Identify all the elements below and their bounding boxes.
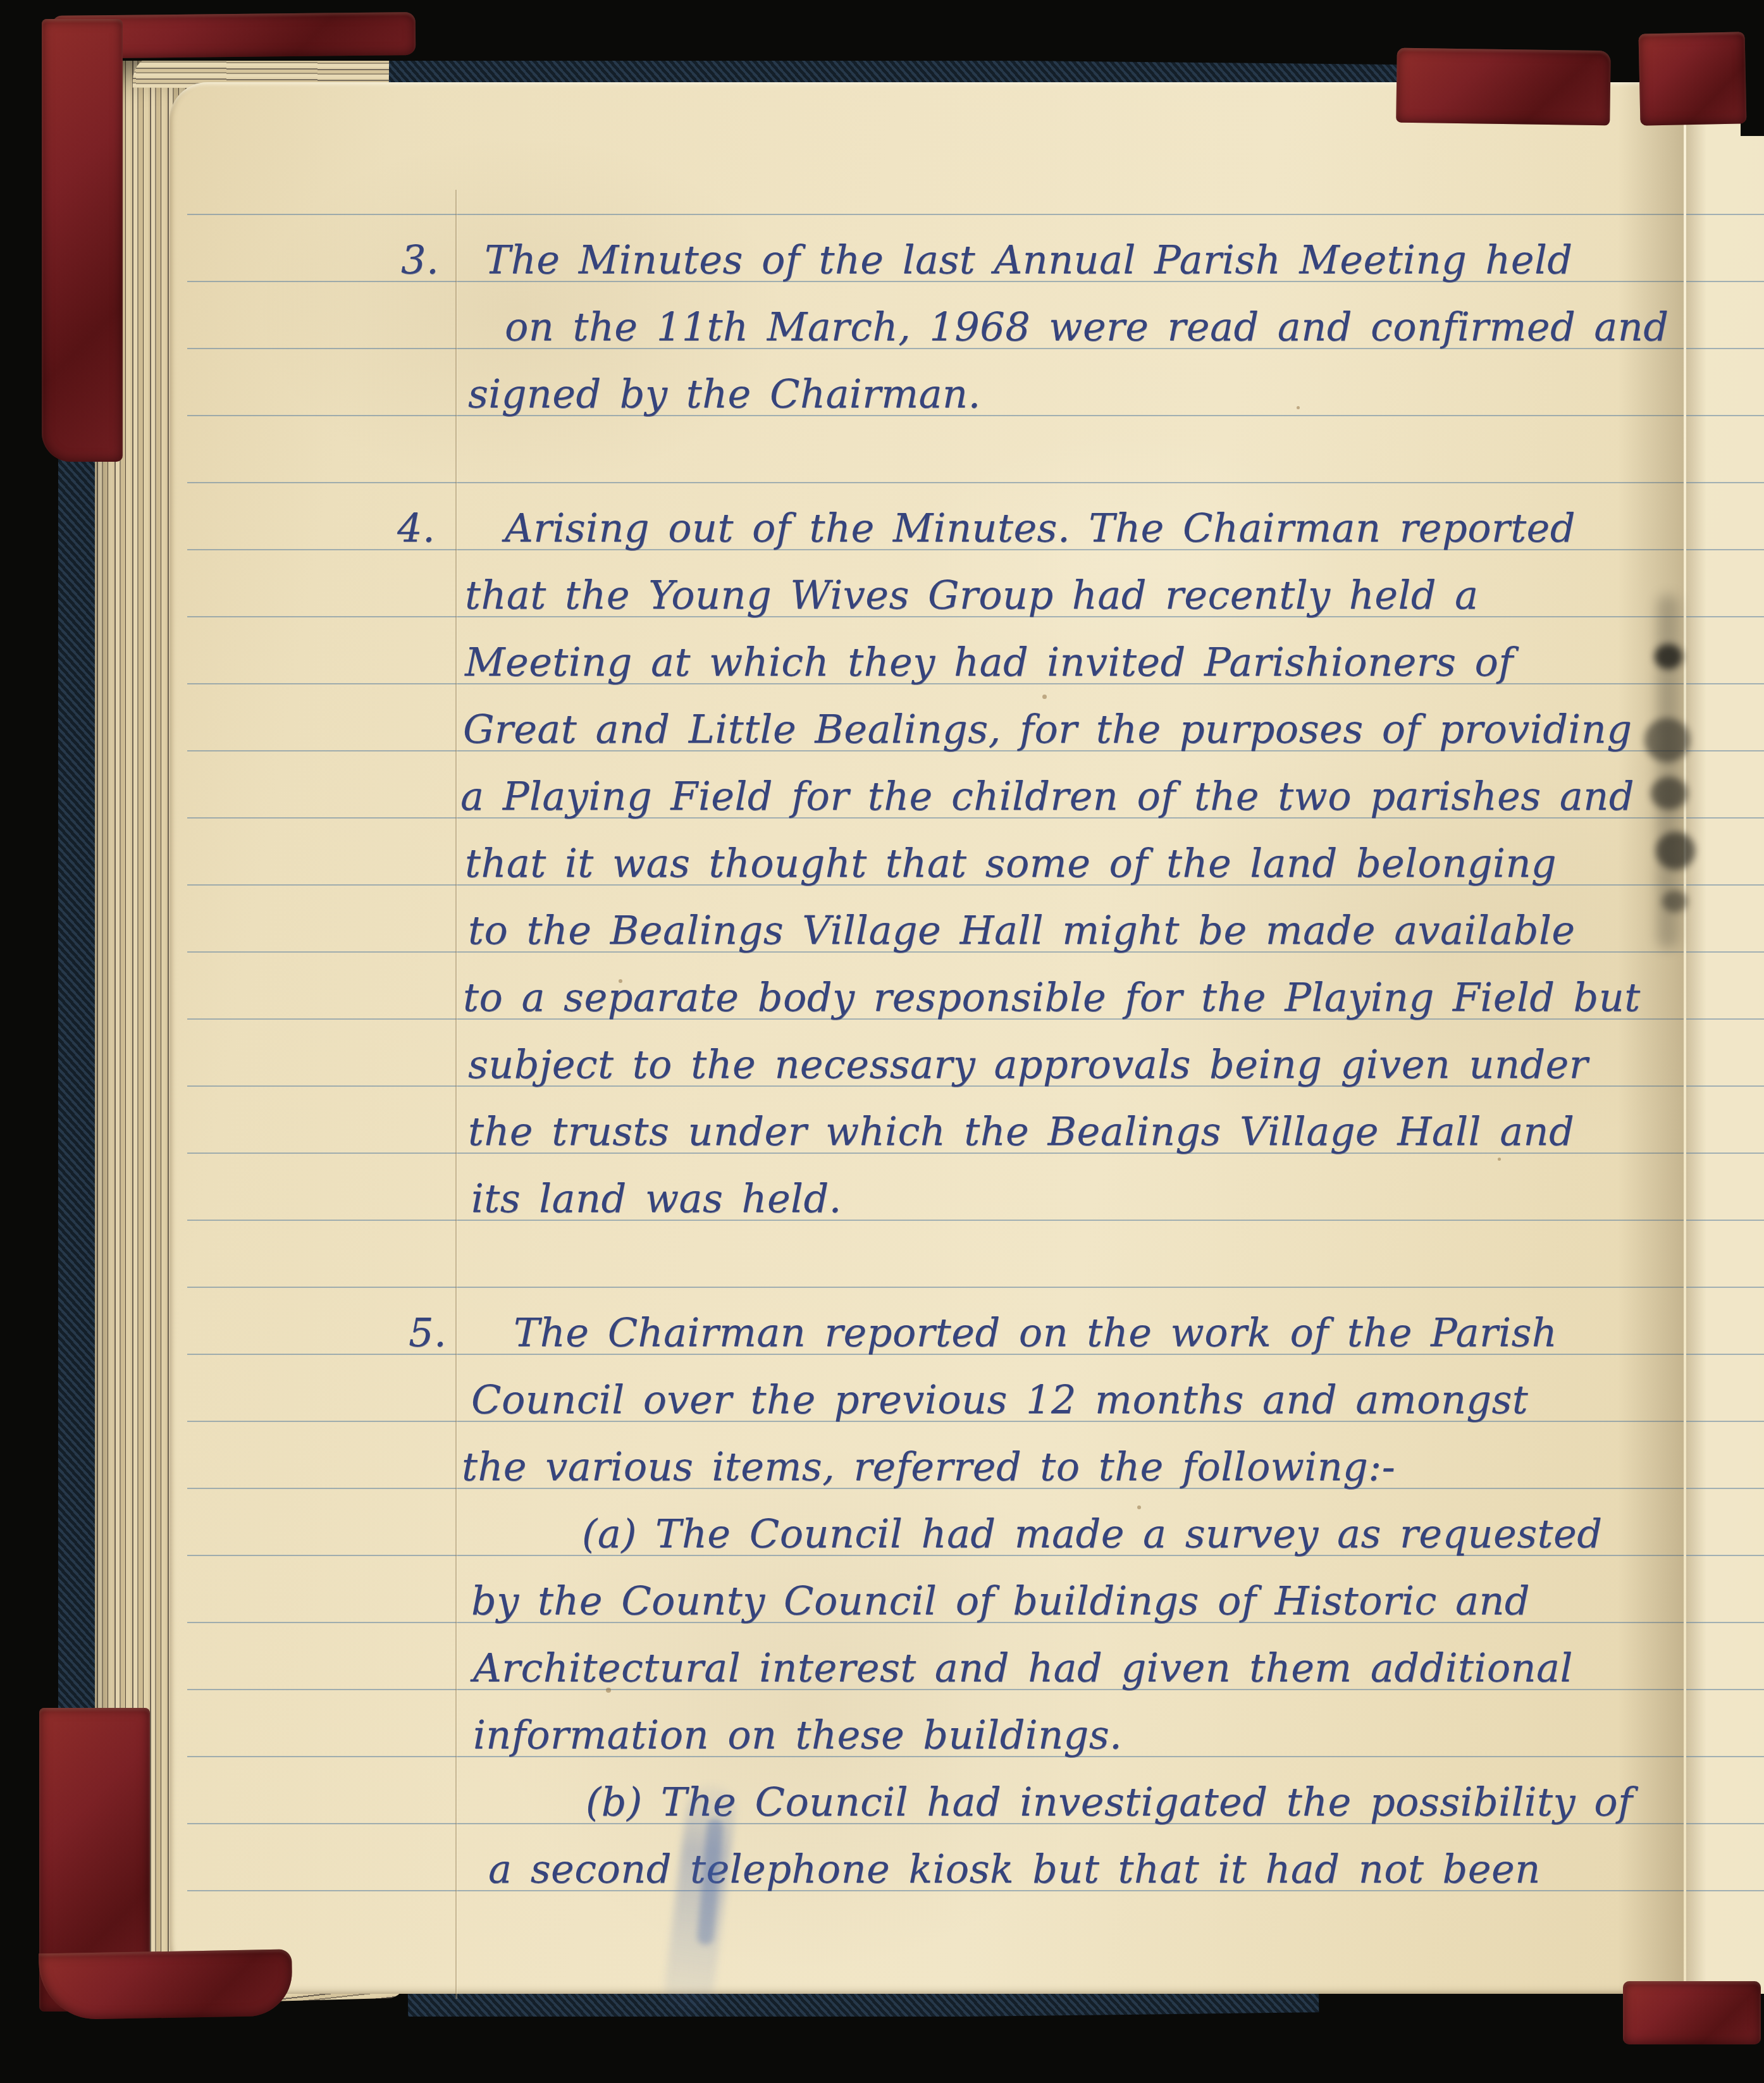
handwritten-line: a Playing Field for the children of the … xyxy=(460,770,1634,823)
ink-blot xyxy=(1656,832,1695,870)
handwritten-line: 4. xyxy=(397,502,435,555)
ink-blot xyxy=(1655,644,1682,669)
gutter-shadow xyxy=(1618,82,1685,1994)
foxing-speck xyxy=(619,979,622,983)
handwritten-line: the trusts under which the Bealings Vill… xyxy=(468,1105,1574,1158)
handwritten-line: Council over the previous 12 months and … xyxy=(471,1373,1528,1426)
handwritten-line: the various items, referred to the follo… xyxy=(462,1440,1395,1493)
handwritten-line: Architectural interest and had given the… xyxy=(473,1641,1573,1695)
red-leather-top-left-corner xyxy=(42,19,123,462)
ink-blot xyxy=(1651,777,1687,810)
handwritten-line: subject to the necessary approvals being… xyxy=(468,1038,1588,1091)
handwritten-line: information on these buildings. xyxy=(473,1709,1122,1762)
handwritten-line: on the 11th March, 1968 were read and co… xyxy=(505,300,1668,354)
foxing-speck xyxy=(1137,1505,1141,1509)
handwritten-line: (b) The Council had investigated the pos… xyxy=(586,1776,1632,1829)
handwritten-line: signed by the Chairman. xyxy=(468,368,981,421)
foxing-speck xyxy=(606,1688,611,1693)
ink-blot xyxy=(1644,718,1690,762)
handwritten-line: Arising out of the Minutes. The Chairman… xyxy=(505,502,1576,555)
foxing-speck xyxy=(1042,695,1047,699)
red-leather-bottom-left-corner xyxy=(39,1950,293,2020)
photograph-of-minute-book-page: 3.The Minutes of the last Annual Parish … xyxy=(0,0,1764,2083)
handwritten-line: Meeting at which they had invited Parish… xyxy=(465,636,1514,689)
handwritten-line: 5. xyxy=(409,1306,447,1359)
black-background-bottom xyxy=(0,2017,1764,2083)
notebook-page: 3.The Minutes of the last Annual Parish … xyxy=(170,82,1764,1994)
handwritten-line: (a) The Council had made a survey as req… xyxy=(582,1507,1602,1561)
handwritten-line: to a separate body responsible for the P… xyxy=(463,971,1641,1024)
handwriting-layer: 3.The Minutes of the last Annual Parish … xyxy=(170,82,1764,1994)
handwritten-line: its land was held. xyxy=(471,1172,842,1225)
gutter-crease xyxy=(1684,82,1686,1994)
handwritten-line: that the Young Wives Group had recently … xyxy=(465,569,1479,622)
handwritten-line: 3. xyxy=(401,233,439,287)
handwritten-line: Great and Little Bealings, for the purpo… xyxy=(463,703,1632,756)
red-leather-top-right-corner xyxy=(1639,32,1747,125)
handwritten-line: by the County Council of buildings of Hi… xyxy=(471,1574,1530,1628)
ink-blot xyxy=(1662,891,1687,912)
foxing-speck xyxy=(1498,1158,1501,1161)
foxing-speck xyxy=(1297,406,1300,409)
red-leather-bottom-right-piece xyxy=(1623,1981,1761,2044)
handwritten-line: The Chairman reported on the work of the… xyxy=(514,1306,1557,1359)
handwritten-line: The Minutes of the last Annual Parish Me… xyxy=(484,233,1572,287)
handwritten-line: a second telephone kiosk but that it had… xyxy=(488,1843,1541,1896)
red-leather-top-right-piece xyxy=(1396,48,1611,126)
handwritten-line: that it was thought that some of the lan… xyxy=(465,837,1557,890)
handwritten-line: to the Bealings Village Hall might be ma… xyxy=(468,904,1575,957)
